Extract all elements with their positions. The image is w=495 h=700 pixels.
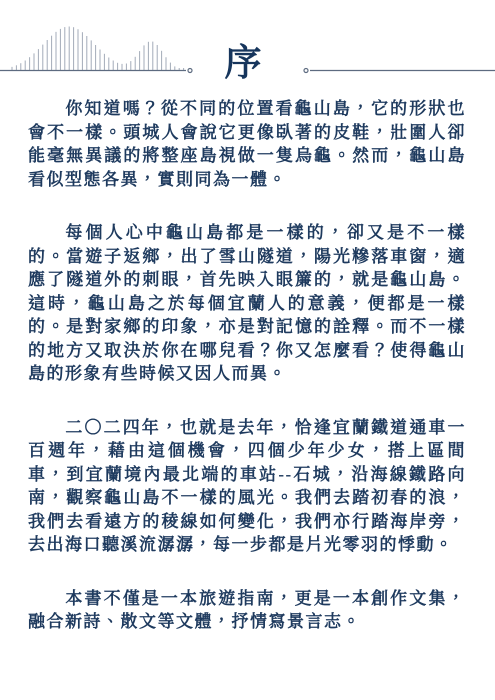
- mountain-ridgeline-icon: [12, 27, 184, 71]
- paragraph-3: 二〇二四年，也就是去年，恰逢宜蘭鐵道通車一百週年，藉由這個機會，四個少年少女，搭…: [28, 416, 466, 557]
- paragraph-2: 每個人心中龜山島都是一樣的，卻又是不一樣的。當遊子返鄉，出了雪山隧道，陽光糝落車…: [28, 221, 466, 386]
- paragraph-4: 本書不僅是一本旅遊指南，更是一本創作文集，融合新詩、散文等文體，抒情寫景言志。: [28, 587, 466, 634]
- header-rule-right: [304, 69, 495, 73]
- page-title: 序: [207, 44, 279, 84]
- rule-left-dot: [188, 69, 192, 73]
- preface-text: 你知道嗎？從不同的位置看龜山島，它的形狀也會不一樣。頭城人會說它更像臥著的皮鞋，…: [28, 97, 466, 664]
- page-header: 序: [0, 0, 495, 100]
- rule-right-dot: [304, 69, 308, 73]
- paragraph-1: 你知道嗎？從不同的位置看龜山島，它的形狀也會不一樣。頭城人會說它更像臥著的皮鞋，…: [28, 97, 466, 191]
- preface-page: 序 你知道嗎？從不同的位置看龜山島，它的形狀也會不一樣。頭城人會說它更像臥著的皮…: [0, 0, 495, 700]
